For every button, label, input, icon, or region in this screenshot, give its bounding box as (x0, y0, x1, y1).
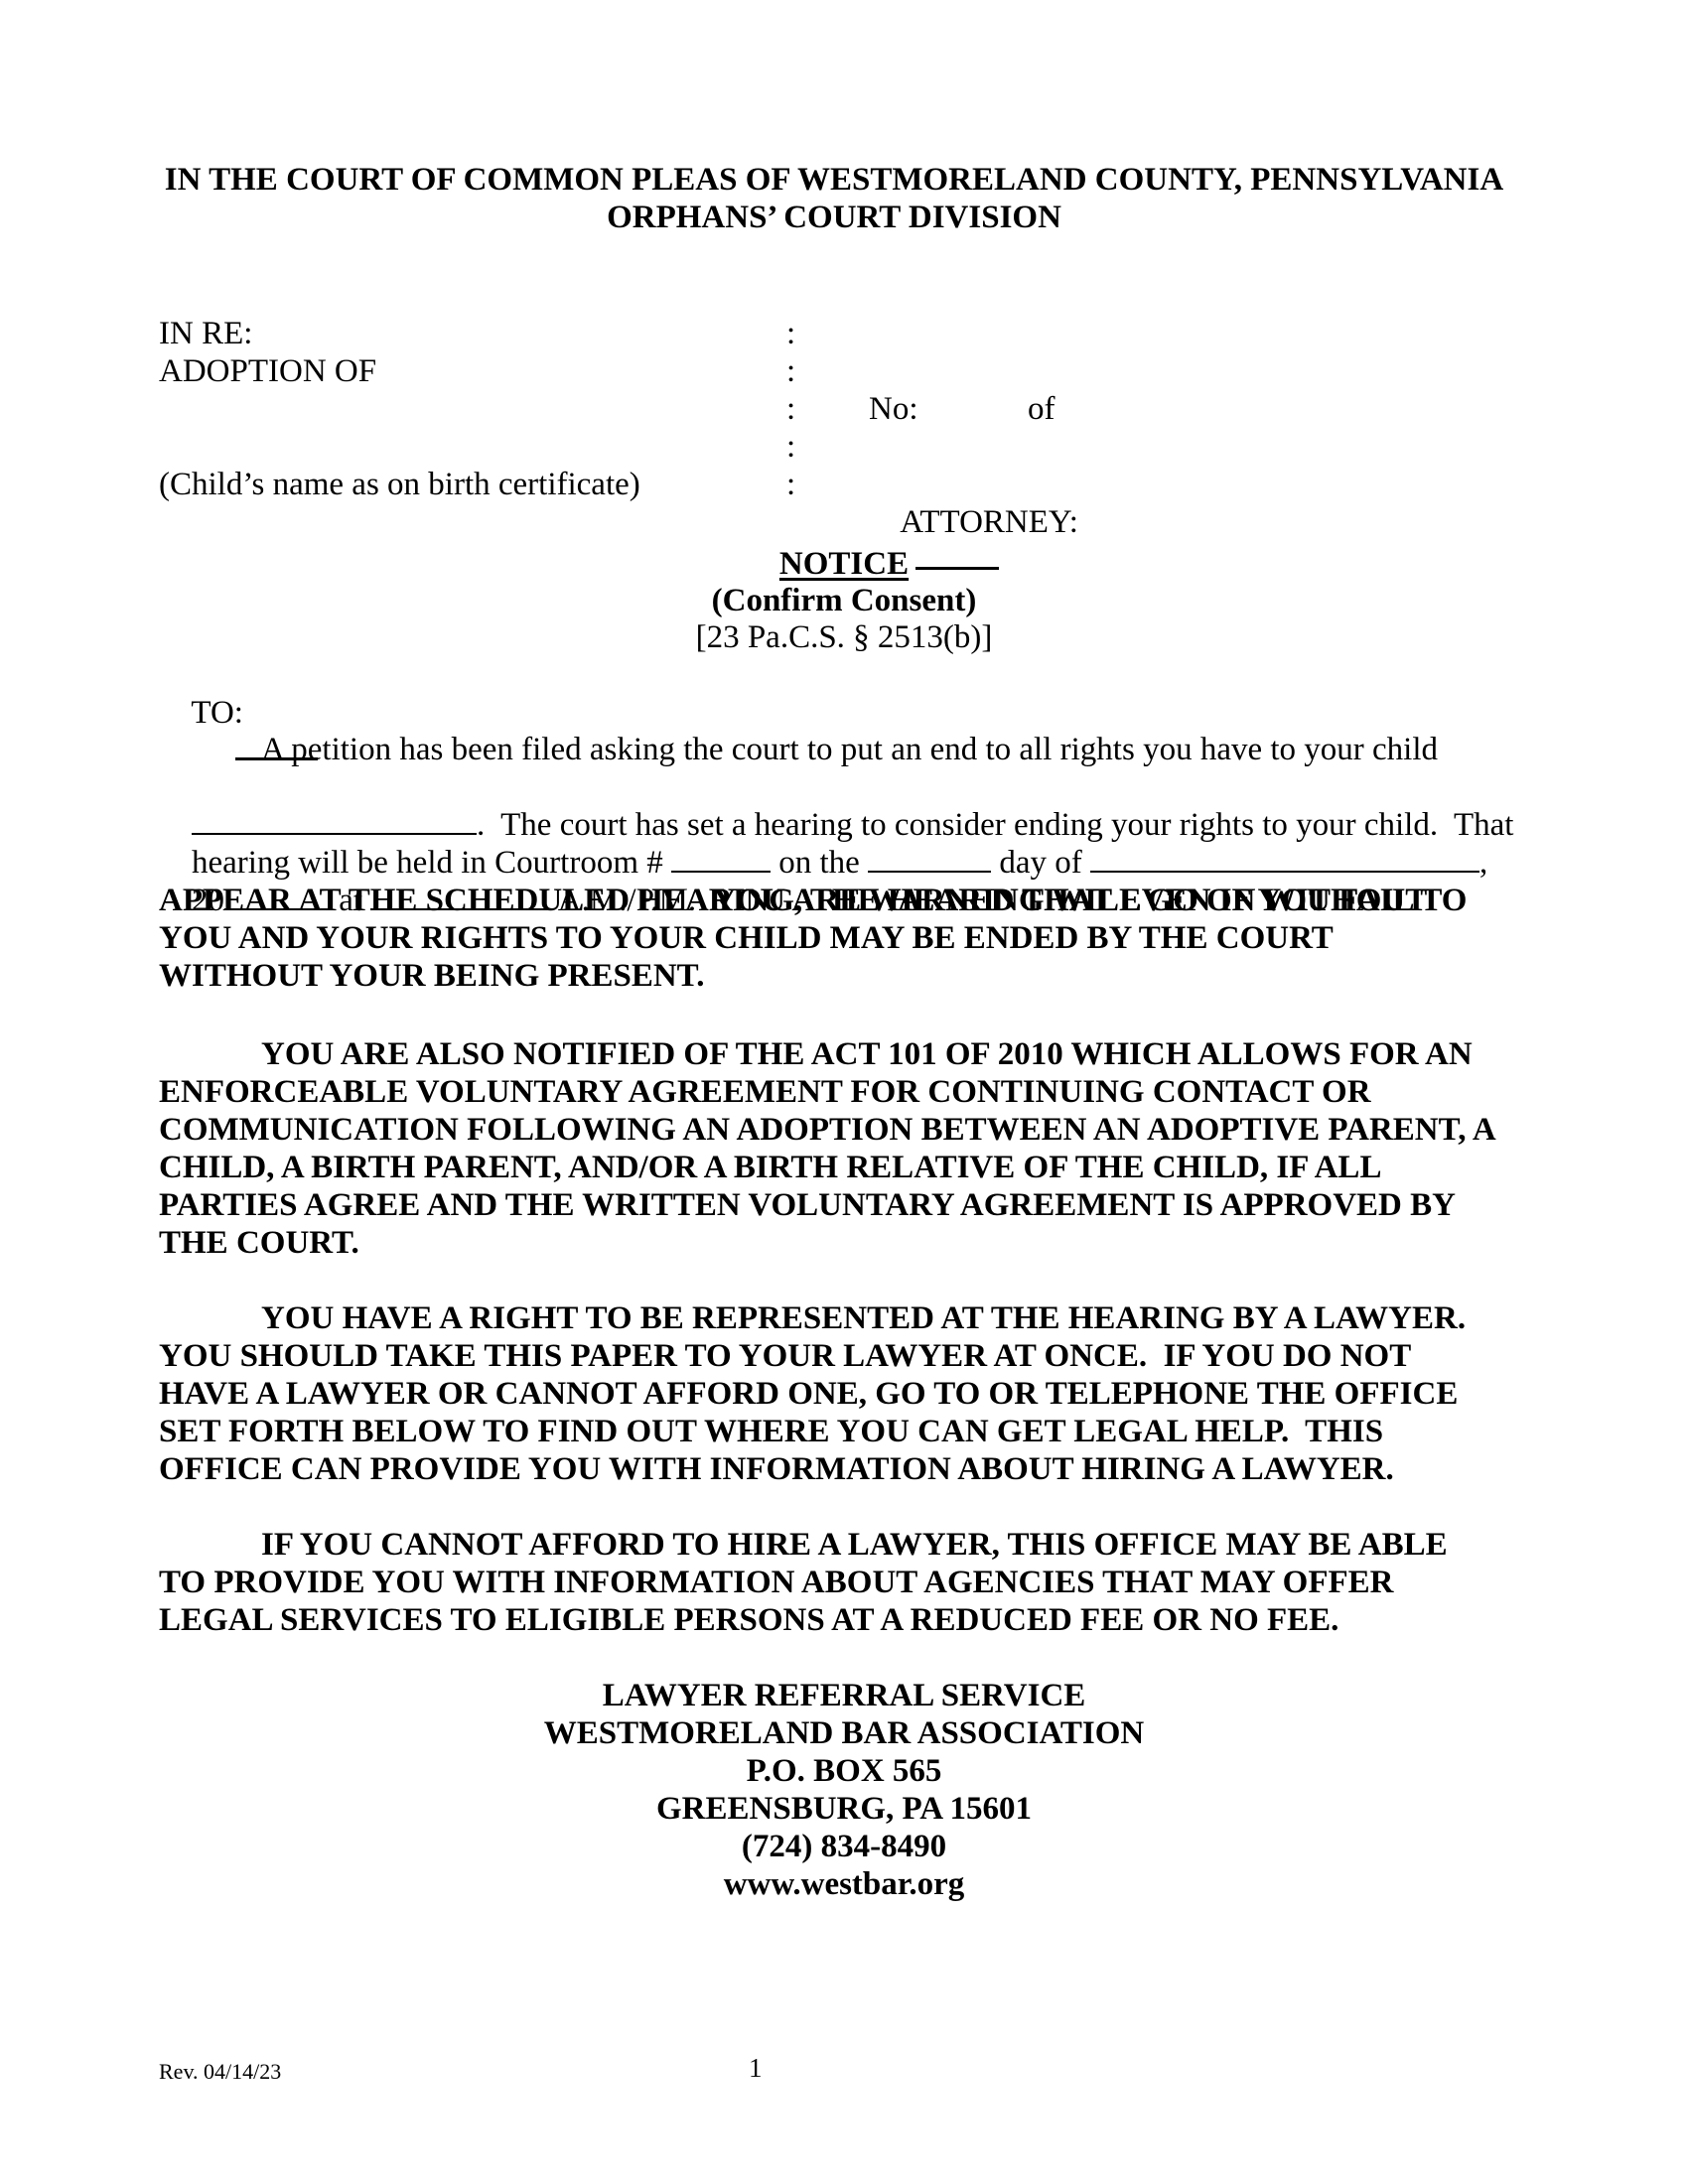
address-city: GREENSBURG, PA 15601 (169, 1790, 1519, 1828)
paragraph2-line: COMMUNICATION FOLLOWING AN ADOPTION BETW… (159, 1111, 1496, 1149)
page-number: 1 (749, 2049, 763, 2087)
address-po-box: P.O. BOX 565 (169, 1752, 1519, 1790)
caption-in-re: IN RE: (159, 315, 252, 352)
notice-title: NOTICE (169, 545, 1519, 583)
court-header-line1: IN THE COURT OF COMMON PLEAS OF WESTMORE… (159, 161, 1509, 199)
notice-citation: [23 Pa.C.S. § 2513(b)] (169, 618, 1519, 656)
address-service: LAWYER REFERRAL SERVICE (169, 1677, 1519, 1714)
caption-adoption-of: ADOPTION OF (159, 352, 376, 390)
paragraph3-line: YOU HAVE A RIGHT TO BE REPRESENTED AT TH… (261, 1299, 1466, 1337)
caption-child-name-label: (Child’s name as on birth certificate) (159, 466, 640, 503)
paragraph3-line: YOU SHOULD TAKE THIS PAPER TO YOUR LAWYE… (159, 1337, 1411, 1375)
attorney-field: ATTORNEY: (869, 466, 1078, 503)
paragraph1-line5: APPEAR AT THE SCHEDULED HEARING, THE HEA… (159, 882, 1427, 919)
paragraph1-line6: YOU AND YOUR RIGHTS TO YOUR CHILD MAY BE… (159, 919, 1334, 957)
paragraph1-line2: . The court has set a hearing to conside… (159, 768, 1507, 806)
attorney-label: ATTORNEY: (900, 504, 1078, 540)
paragraph3-line: SET FORTH BELOW TO FIND OUT WHERE YOU CA… (159, 1413, 1383, 1450)
case-year-of-label: of (1028, 390, 1055, 428)
paragraph2-line: PARTIES AGREE AND THE WRITTEN VOLUNTARY … (159, 1186, 1456, 1224)
notice-subtitle: (Confirm Consent) (169, 582, 1519, 619)
paragraph4-line: TO PROVIDE YOU WITH INFORMATION ABOUT AG… (159, 1564, 1394, 1601)
to-field: TO: (159, 656, 318, 694)
paragraph4-line: IF YOU CANNOT AFFORD TO HIRE A LAWYER, T… (261, 1526, 1448, 1564)
paragraph1-line3: hearing will be held in Courtroom # on t… (159, 806, 1507, 844)
caption-separator: : (786, 315, 795, 352)
caption-separator: : (786, 390, 795, 428)
paragraph3-line: OFFICE CAN PROVIDE YOU WITH INFORMATION … (159, 1450, 1394, 1488)
to-label: TO: (191, 695, 243, 731)
paragraph2-line: ENFORCEABLE VOLUNTARY AGREEMENT FOR CONT… (159, 1073, 1371, 1111)
caption-separator: : (786, 428, 795, 466)
paragraph1-line1: A petition has been filed asking the cou… (261, 731, 1438, 768)
paragraph2-line: YOU ARE ALSO NOTIFIED OF THE ACT 101 OF … (261, 1035, 1473, 1073)
revision-date: Rev. 04/14/23 (159, 2053, 281, 2091)
address-phone: (724) 834-8490 (169, 1828, 1519, 1865)
caption-separator: : (786, 466, 795, 503)
paragraph1-line7: WITHOUT YOUR BEING PRESENT. (159, 957, 705, 995)
court-header-line2: ORPHANS’ COURT DIVISION (159, 199, 1509, 236)
paragraph3-line: HAVE A LAWYER OR CANNOT AFFORD ONE, GO T… (159, 1375, 1458, 1413)
paragraph2-line: CHILD, A BIRTH PARENT, AND/OR A BIRTH RE… (159, 1149, 1381, 1186)
paragraph4-line: LEGAL SERVICES TO ELIGIBLE PERSONS AT A … (159, 1601, 1338, 1639)
address-organization: WESTMORELAND BAR ASSOCIATION (169, 1714, 1519, 1752)
address-website[interactable]: www.westbar.org (169, 1865, 1519, 1903)
document-page: IN THE COURT OF COMMON PLEAS OF WESTMORE… (0, 0, 1688, 2184)
paragraph1-line4: 20 at A.M./P.M. YOU ARE WARNED THAT EVEN… (159, 844, 1507, 882)
paragraph2-line: THE COURT. (159, 1224, 359, 1262)
case-number-label: No: (869, 390, 918, 428)
caption-separator: : (786, 352, 795, 390)
